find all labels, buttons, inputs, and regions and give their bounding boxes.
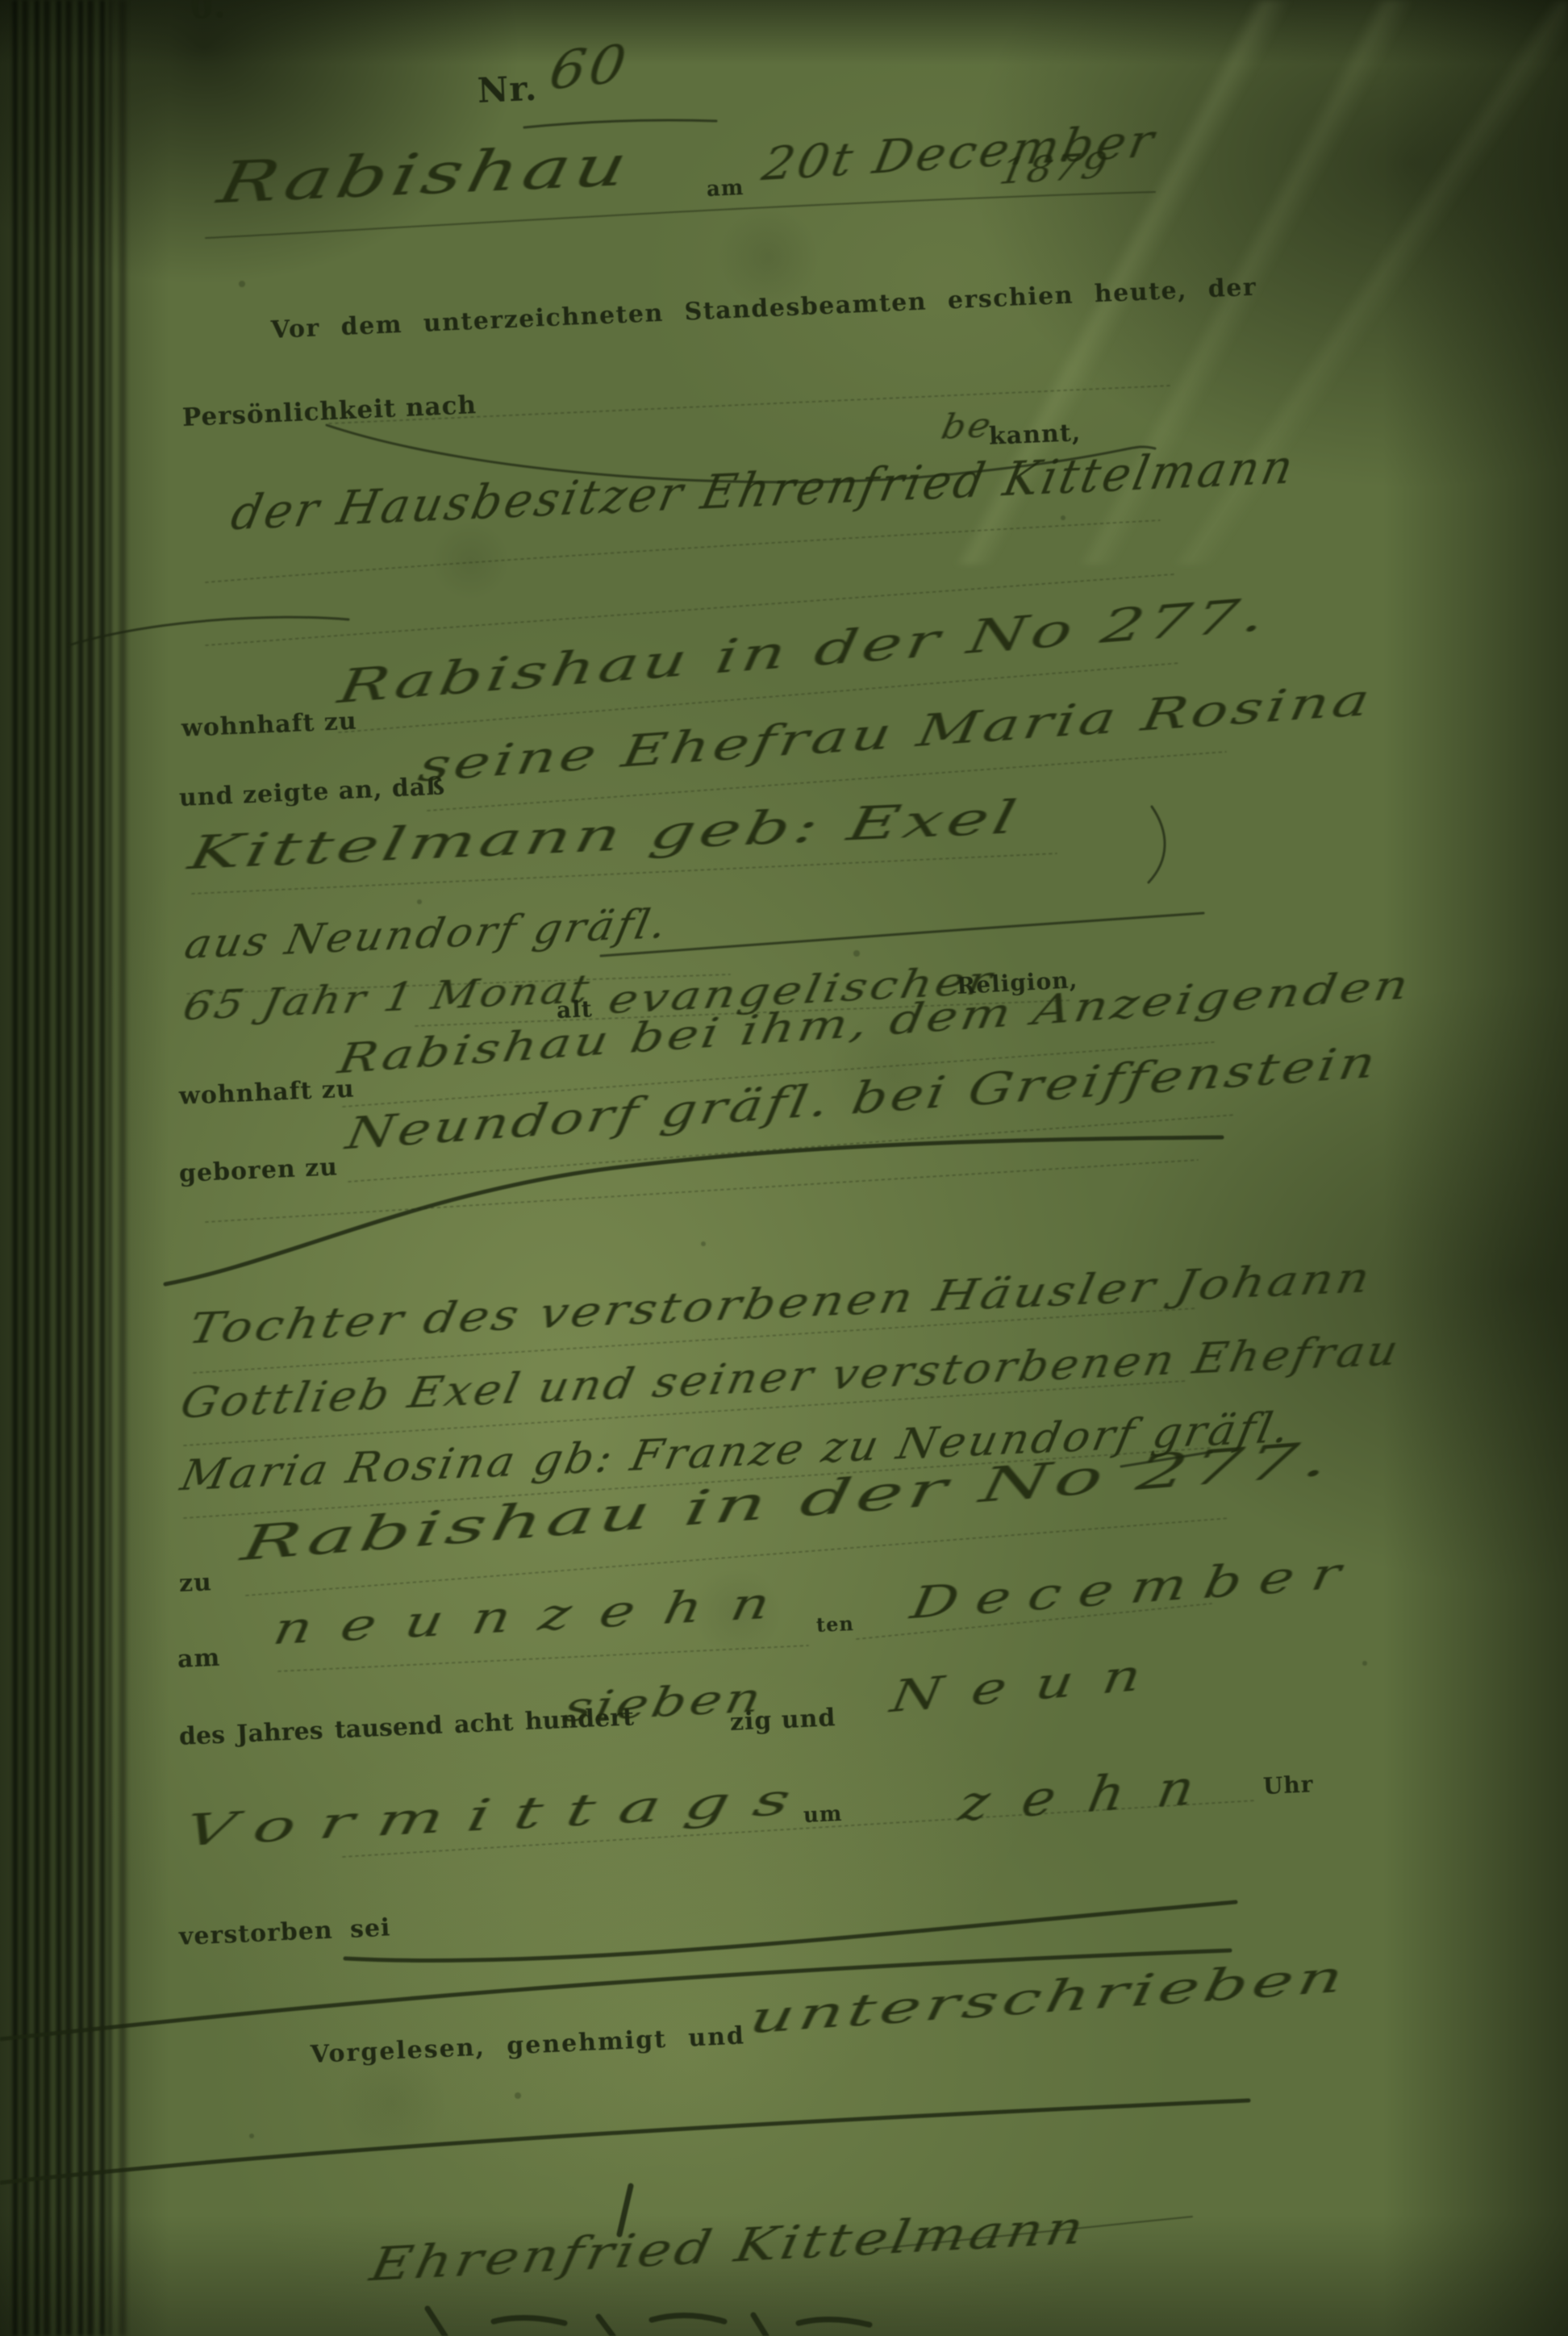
- death-register-photo: 0. Nr. 60 Rabishau am 20t December 1879 …: [0, 0, 1568, 2336]
- death-place-label: zu: [178, 1568, 212, 1598]
- registry-year: 1879: [996, 144, 1112, 193]
- record-number-value: 60: [546, 33, 633, 102]
- death-day-suffix: ten: [815, 1612, 854, 1637]
- record-number-label: Nr.: [477, 69, 538, 111]
- known-printed: kannt,: [988, 419, 1082, 451]
- page-number-fragment: 0.: [190, 0, 227, 27]
- death-day-label: am: [177, 1644, 221, 1674]
- death-year-join: zig und: [729, 1704, 836, 1737]
- um-label: um: [803, 1802, 843, 1828]
- am-label: am: [706, 176, 744, 202]
- uhr-label: Uhr: [1262, 1771, 1314, 1800]
